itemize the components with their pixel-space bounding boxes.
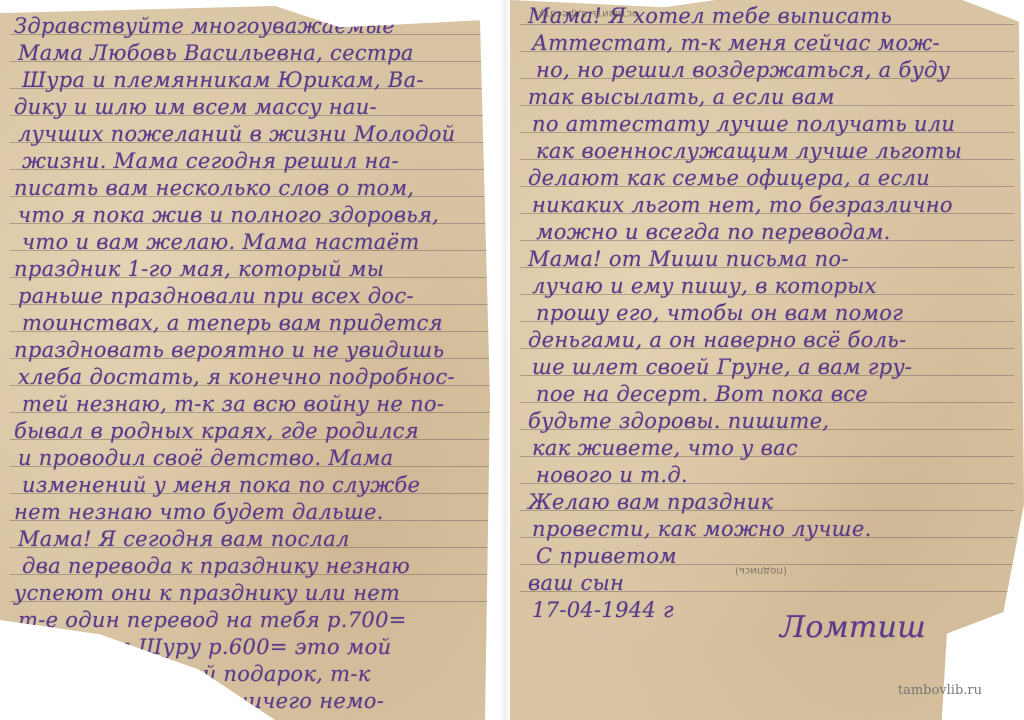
- handwritten-line: больше сделать я ничего немо-: [18, 689, 384, 713]
- handwritten-line: Мама Любовь Васильевна, сестра: [18, 41, 414, 65]
- handwritten-line: делают как семье офицера, а если: [528, 166, 930, 190]
- handwritten-line: ваш сын: [528, 571, 624, 595]
- handwritten-line: Аттестат, т-к меня сейчас мож-: [532, 31, 940, 55]
- handwritten-line: что я пока жив и полного здоровья,: [18, 203, 439, 227]
- handwritten-line: С приветом: [536, 544, 677, 568]
- handwritten-line: и один на Шуру р.600= это мой: [22, 635, 391, 659]
- page-fold: [500, 0, 510, 720]
- handwritten-line: нет незнаю что будет дальше.: [14, 500, 384, 524]
- handwritten-line: Желаю вам праздник: [528, 490, 773, 514]
- handwritten-line: праздновать вероятно и не увидишь: [14, 338, 444, 362]
- handwritten-line: изменений у меня пока по службе: [22, 473, 420, 497]
- handwritten-line: писать вам несколько слов о том,: [14, 176, 414, 200]
- signature: Ломтиш: [780, 610, 926, 645]
- handwritten-line: как военнослужащим лучше льготы: [536, 139, 962, 163]
- handwritten-line: Шура и племянникам Юрикам, Ва-: [22, 68, 424, 92]
- handwritten-line: что и вам желаю. Мама настаёт: [22, 230, 420, 254]
- handwritten-line: можно и всегда по переводам.: [536, 220, 891, 244]
- handwritten-line: никаких льгот нет, то безразлично: [532, 193, 953, 217]
- handwritten-line: успеют они к празднику или нет: [14, 581, 400, 605]
- letter-left-page: Здравствуйте многоуважаемыеМама Любовь В…: [0, 6, 500, 720]
- handwritten-line: Здравствуйте многоуважаемые: [14, 14, 395, 38]
- handwritten-line: бывал в родных краях, где родился: [14, 419, 419, 443]
- handwritten-line: праздник 1-го мая, который мы: [14, 257, 384, 281]
- handwritten-line: два перевода к празднику незнаю: [22, 554, 410, 578]
- handwritten-line: прошу его, чтобы он вам помог: [536, 301, 903, 325]
- printed-form-label: (подпись): [735, 565, 787, 576]
- handwritten-line: раньше праздновали при всех дос-: [18, 284, 414, 308]
- handwritten-line: лучаю и ему пишу, в которых: [532, 274, 877, 298]
- handwritten-line: т-е один перевод на тебя р.700=: [18, 608, 407, 632]
- handwritten-line: будьте здоровы. пишите,: [528, 409, 829, 433]
- handwritten-line: так высылать, а если вам: [528, 85, 835, 109]
- handwritten-line: по аттестату лучше получать или: [532, 112, 955, 136]
- letter-right-page: Мама! Я хотел тебе выписатьАттестат, т-к…: [510, 0, 1024, 720]
- handwritten-line: деньгами, а он наверно всё боль-: [528, 328, 906, 352]
- handwritten-line: Мама! Я сегодня вам послал: [18, 527, 350, 551]
- handwritten-line: 17-04-1944 г: [532, 598, 674, 622]
- printed-form-label: оставить адресату:: [535, 8, 638, 19]
- handwritten-line: и проводил своё детство. Мама: [18, 446, 393, 470]
- handwritten-line: как живете, что у вас: [532, 436, 798, 460]
- handwritten-line: жизни. Мама сегодня решил на-: [22, 149, 399, 173]
- watermark: tambovlib.ru: [898, 683, 982, 698]
- handwritten-line: пое на десерт. Вот пока все: [536, 382, 868, 406]
- handwritten-line: Мама! от Миши письма по-: [528, 247, 849, 271]
- handwritten-line: хлеба достать, я конечно подробнос-: [18, 365, 455, 389]
- handwritten-line: но, но решил воздержаться, а буду: [536, 58, 950, 82]
- handwritten-line: лучших пожеланий в жизни Молодой: [18, 122, 456, 146]
- handwritten-line: тей незнаю, т-к за всю войну не по-: [22, 392, 444, 416]
- handwritten-line: ше шлет своей Груне, а вам гру-: [532, 355, 912, 379]
- handwritten-line: вам праздничный подарок, т-к: [14, 662, 371, 686]
- handwritten-line: дику и шлю им всем массу наи-: [14, 95, 377, 119]
- handwritten-line: провести, как можно лучше.: [532, 517, 872, 541]
- handwritten-line: нового и т.д.: [536, 463, 688, 487]
- handwritten-line: тоинствах, а теперь вам придется: [22, 311, 443, 335]
